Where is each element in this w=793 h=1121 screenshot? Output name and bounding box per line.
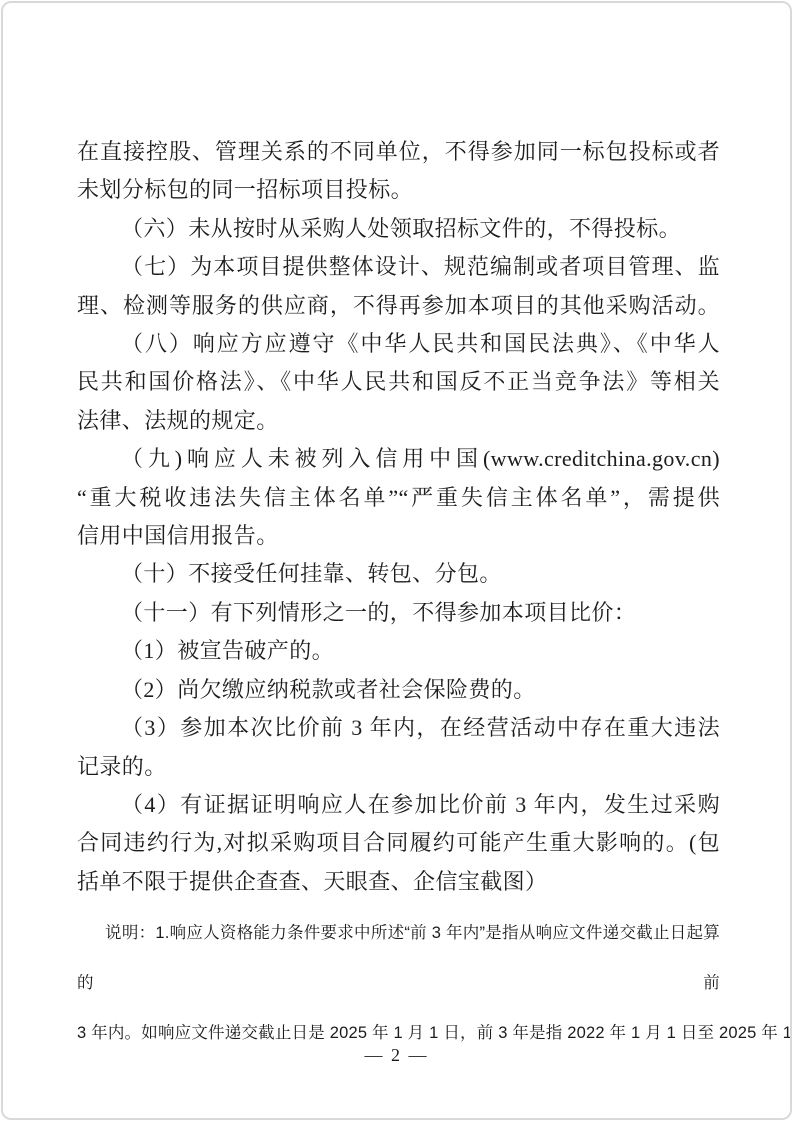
- document-body: 在直接控股、管理关系的不同单位，不得参加同一标包投标或者 未划分标包的同一招标项…: [77, 133, 720, 1058]
- body-line: 民共和国价格法》、《中华人民共和国反不正当竞争法》等相关: [77, 363, 720, 401]
- body-line: 未划分标包的同一招标项目投标。: [77, 171, 720, 209]
- body-line: （3）参加本次比价前 3 年内，在经营活动中存在重大违法: [77, 709, 720, 747]
- body-line: （六）未从按时从采购人处领取招标文件的，不得投标。: [77, 210, 720, 248]
- body-line: （2）尚欠缴应纳税款或者社会保险费的。: [77, 671, 720, 709]
- body-line: （十）不接受任何挂靠、转包、分包。: [77, 555, 720, 593]
- body-line: 法律、法规的规定。: [77, 402, 720, 440]
- document-page: 在直接控股、管理关系的不同单位，不得参加同一标包投标或者 未划分标包的同一招标项…: [1, 1, 792, 1120]
- body-line: 信用中国信用报告。: [77, 517, 720, 555]
- body-line: （1）被宣告破产的。: [77, 632, 720, 670]
- page-number-footer: — 2 —: [3, 1045, 790, 1066]
- body-line: “重大税收违法失信主体名单”“严重失信主体名单”，需提供: [77, 479, 720, 517]
- note-line: 说明：1.响应人资格能力条件要求中所述“前 3 年内”是指从响应文件递交截止日起…: [77, 908, 720, 1008]
- body-line: （七）为本项目提供整体设计、规范编制或者项目管理、监: [77, 248, 720, 286]
- body-line: （九)响应人未被列入信用中国(www.creditchina.gov.cn): [77, 440, 720, 478]
- body-line: 括单不限于提供企查查、天眼查、企信宝截图）: [77, 863, 720, 901]
- body-line: 在直接控股、管理关系的不同单位，不得参加同一标包投标或者: [77, 133, 720, 171]
- body-line: 记录的。: [77, 748, 720, 786]
- body-line: 合同违约行为,对拟采购项目合同履约可能产生重大影响的。(包: [77, 824, 720, 862]
- body-line: 理、检测等服务的供应商，不得再参加本项目的其他采购活动。: [77, 287, 720, 325]
- body-line: （十一）有下列情形之一的，不得参加本项目比价：: [77, 594, 720, 632]
- body-line: （八）响应方应遵守《中华人民共和国民法典》、《中华人: [77, 325, 720, 363]
- body-line: （4）有证据证明响应人在参加比价前 3 年内，发生过采购: [77, 786, 720, 824]
- notes-section: 说明：1.响应人资格能力条件要求中所述“前 3 年内”是指从响应文件递交截止日起…: [77, 908, 720, 1058]
